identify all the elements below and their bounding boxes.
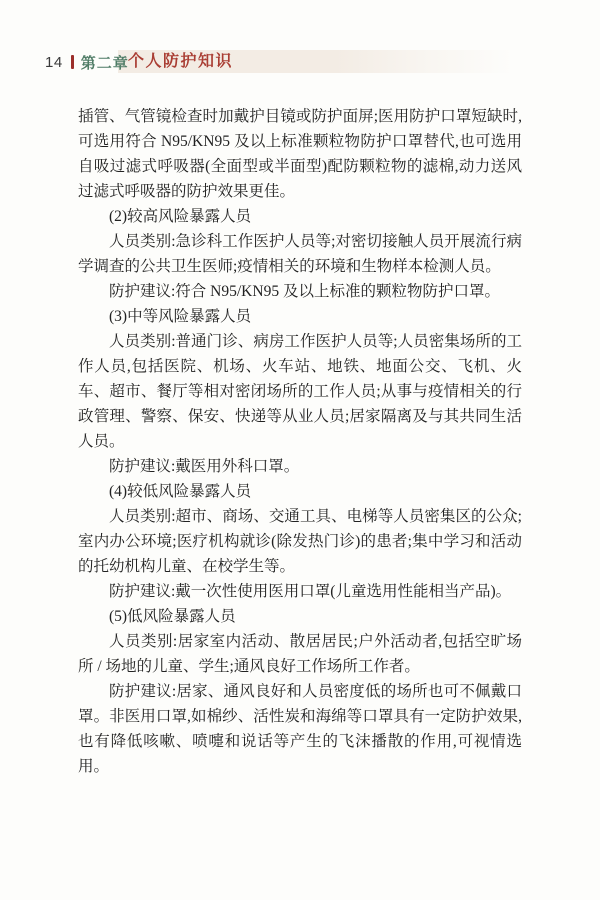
paragraph: 人员类别:普通门诊、病房工作医护人员等;人员密集场所的工作人员,包括医院、机场、… [78, 329, 522, 454]
paragraph: 防护建议:戴一次性使用医用口罩(儿童选用性能相当产品)。 [78, 579, 522, 604]
paragraph: 人员类别:超市、商场、交通工具、电梯等人员密集区的公众;室内办公环境;医疗机构就… [78, 504, 522, 579]
book-page: 个人防护知识 14 第二章 插管、气管镜检查时加戴护目镜或防护面屏;医用防护口罩… [0, 0, 600, 900]
paragraph: 人员类别:急诊科工作医护人员等;对密切接触人员开展流行病学调查的公共卫生医师;疫… [78, 229, 522, 279]
paragraph: 插管、气管镜检查时加戴护目镜或防护面屏;医用防护口罩短缺时,可选用符合 N95/… [78, 104, 522, 204]
header-divider-bar [71, 55, 74, 69]
section-title-band: 个人防护知识 [118, 50, 512, 73]
page-body: 插管、气管镜检查时加戴护目镜或防护面屏;医用防护口罩短缺时,可选用符合 N95/… [78, 104, 522, 779]
paragraph: (3)中等风险暴露人员 [78, 304, 522, 329]
paragraph: 防护建议:戴医用外科口罩。 [78, 454, 522, 479]
paragraph: (4)较低风险暴露人员 [78, 479, 522, 504]
page-number: 14 [45, 54, 63, 71]
paragraph: 防护建议:符合 N95/KN95 及以上标准的颗粒物防护口罩。 [78, 279, 522, 304]
paragraph: (2)较高风险暴露人员 [78, 204, 522, 229]
chapter-label: 第二章 [81, 52, 129, 73]
paragraph: 人员类别:居家室内活动、散居居民;户外活动者,包括空旷场所 / 场地的儿童、学生… [78, 629, 522, 679]
page-header: 14 第二章 [45, 51, 129, 73]
section-title: 个人防护知识 [118, 50, 233, 73]
paragraph: (5)低风险暴露人员 [78, 604, 522, 629]
paragraph: 防护建议:居家、通风良好和人员密度低的场所也可不佩戴口罩。非医用口罩,如棉纱、活… [78, 679, 522, 779]
